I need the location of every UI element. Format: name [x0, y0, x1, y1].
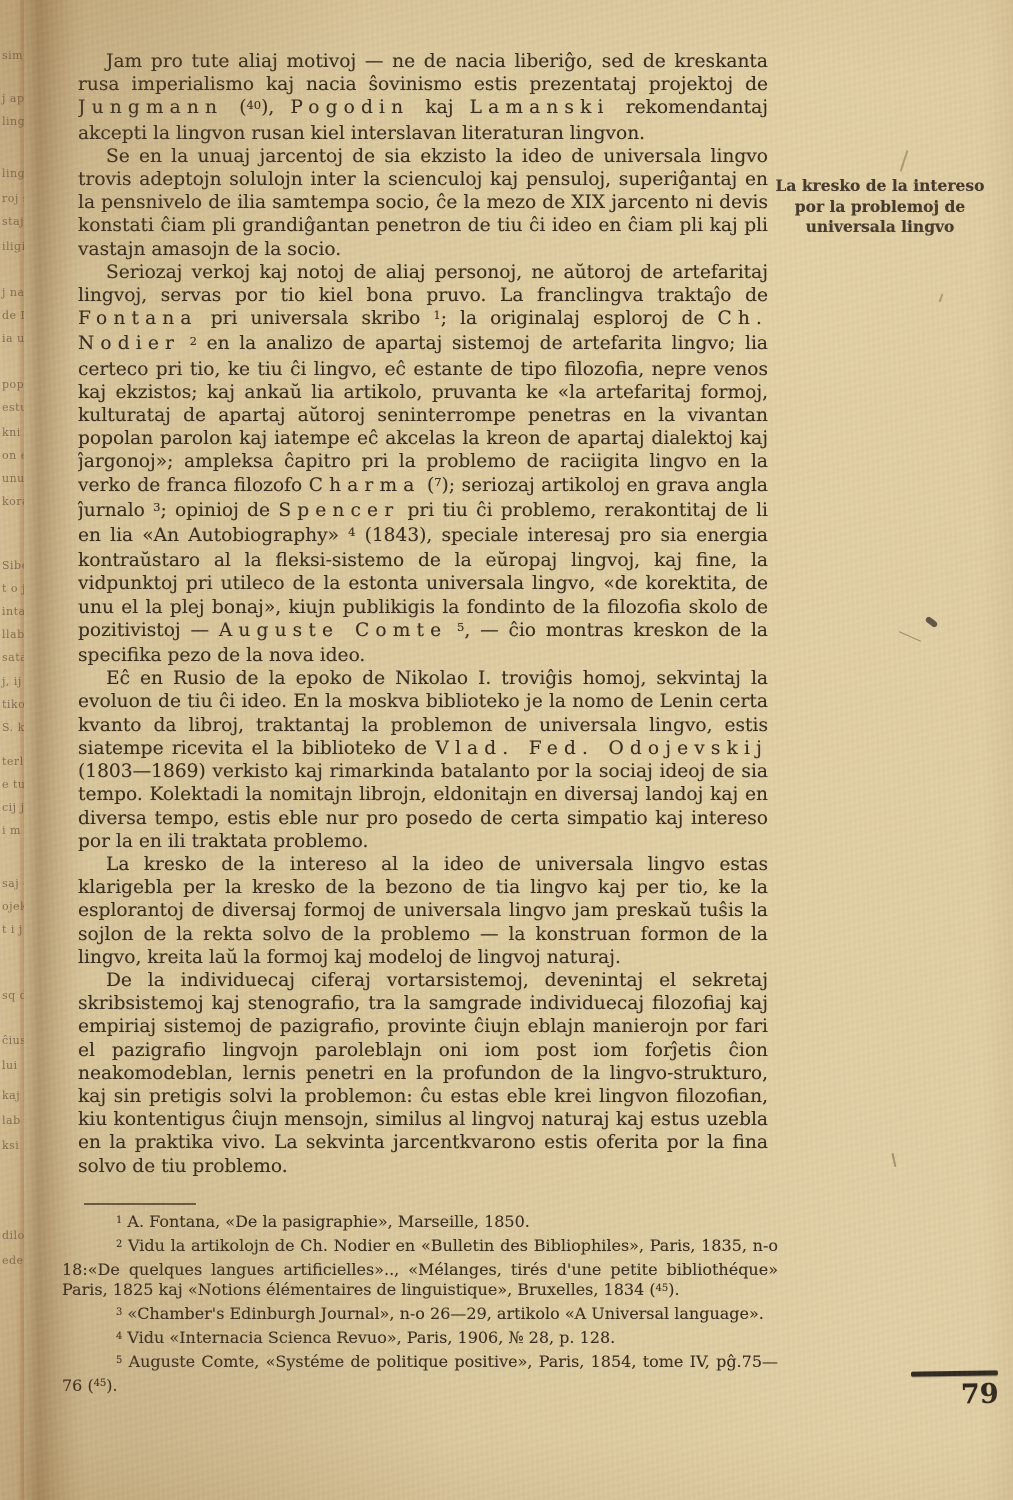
- facing-page-text-fragment: terla: [2, 756, 24, 767]
- facing-page-edge: simj aparlingvlingvroj sstajiligij natde…: [0, 0, 24, 1500]
- facing-page-text-fragment: j nat: [2, 287, 24, 298]
- facing-page-text-fragment: sq d: [2, 990, 24, 1001]
- margin-note: La kresko de la intereso por la problemo…: [762, 176, 998, 238]
- facing-page-text-fragment: ĉius: [2, 1035, 24, 1046]
- facing-page-text-fragment: lab: [2, 1115, 21, 1126]
- facing-page-text-fragment: ia u: [2, 333, 24, 344]
- margin-note-line: La kresko de la intereso: [762, 176, 998, 197]
- facing-page-text-fragment: llab: [2, 629, 24, 640]
- footnote-4: 4 Vidu «Internacia Scienca Revuo», Paris…: [62, 1328, 778, 1352]
- facing-page-text-fragment: on e: [2, 450, 24, 461]
- facing-page-text-fragment: kaj: [2, 1090, 20, 1101]
- paragraph-2: Se en la unuaj jarcentoj de sia ekzisto …: [78, 145, 768, 261]
- facing-page-text-fragment: unu: [2, 473, 24, 484]
- facing-page-text-fragment: kni: [2, 427, 21, 438]
- page-number: 79: [961, 1379, 999, 1411]
- page-number-rule: [911, 1370, 998, 1376]
- margin-note-line: por la problemoj de: [762, 197, 998, 218]
- facing-page-text-fragment: estu: [2, 402, 24, 413]
- paragraph-1: Jam pro tute aliaj motivoj — ne de nacia…: [78, 50, 768, 145]
- facing-page-text-fragment: iligi: [2, 241, 24, 252]
- facing-page-text-fragment: j, ij: [2, 676, 22, 687]
- facing-page-text-fragment: saj e: [2, 878, 24, 889]
- facing-page-text-fragment: inta p: [2, 606, 24, 617]
- facing-page-text-fragment: pop: [2, 379, 24, 390]
- paragraph-6: De la individuecaj ciferaj vortarsistemo…: [78, 969, 768, 1178]
- facing-page-text-fragment: t o j: [2, 583, 24, 594]
- paper-scratch: [900, 150, 909, 172]
- facing-page-text-fragment: lingv: [2, 168, 24, 179]
- footnote-1: 1 A. Fontana, «De la pasigraphie», Marse…: [62, 1212, 778, 1236]
- footnote-2: 2 Vidu la artikolojn de Ch. Nodier en «B…: [62, 1236, 778, 1304]
- footnote-3: 3 «Chamber's Edinburgh Journal», n-o 26—…: [62, 1304, 778, 1328]
- footnote-5: 5 Auguste Comte, «Systéme de politique p…: [62, 1352, 778, 1400]
- facing-page-text-fragment: cij jo: [2, 802, 24, 813]
- book-page: simj aparlingvlingvroj sstajiligij natde…: [0, 0, 1013, 1500]
- facing-page-text-fragment: ede o: [2, 1255, 24, 1266]
- facing-page-text-fragment: lui: [2, 1060, 18, 1071]
- facing-page-text-fragment: S. k n: [2, 722, 24, 733]
- paper-scratch: [899, 631, 921, 642]
- facing-page-text-fragment: sata: [2, 652, 24, 663]
- paragraph-3: Seriozaj verkoj kaj notoj de aliaj perso…: [78, 261, 768, 667]
- facing-page-text-fragment: i m: [2, 825, 21, 836]
- paper-scratch: [939, 294, 944, 302]
- footnote-separator-rule: [84, 1203, 196, 1205]
- facing-page-text-fragment: roj s: [2, 193, 24, 204]
- paper-scratch: [892, 1153, 897, 1167]
- margin-note-line: universala lingvo: [762, 217, 998, 238]
- body-text-block: Jam pro tute aliaj motivoj — ne de nacia…: [78, 50, 768, 1202]
- ink-speck: [925, 616, 939, 629]
- facing-page-text-fragment: staj: [2, 216, 24, 227]
- paragraph-4: Eĉ en Rusio de la epoko de Nikolao I. tr…: [78, 667, 768, 853]
- facing-page-text-fragment: t i j: [2, 924, 23, 935]
- facing-page-text-fragment: de L: [2, 310, 24, 321]
- facing-page-text-fragment: ojekt: [2, 901, 24, 912]
- facing-page-text-fragment: e tu: [2, 779, 24, 790]
- facing-page-text-fragment: kora: [2, 496, 24, 507]
- footnotes-block: 1 A. Fontana, «De la pasigraphie», Marse…: [62, 1212, 778, 1399]
- facing-page-text-fragment: sim: [2, 50, 23, 61]
- facing-page-text-fragment: tiko: [2, 699, 24, 710]
- facing-page-text-fragment: lingv: [2, 116, 24, 127]
- facing-page-text-fragment: j apar: [2, 93, 24, 104]
- paragraph-5: La kresko de la intereso al la ideo de u…: [78, 853, 768, 969]
- facing-page-text-fragment: dilo: [2, 1230, 24, 1241]
- facing-page-text-fragment: Siberi: [2, 560, 24, 571]
- facing-page-text-fragment: ksi: [2, 1140, 19, 1151]
